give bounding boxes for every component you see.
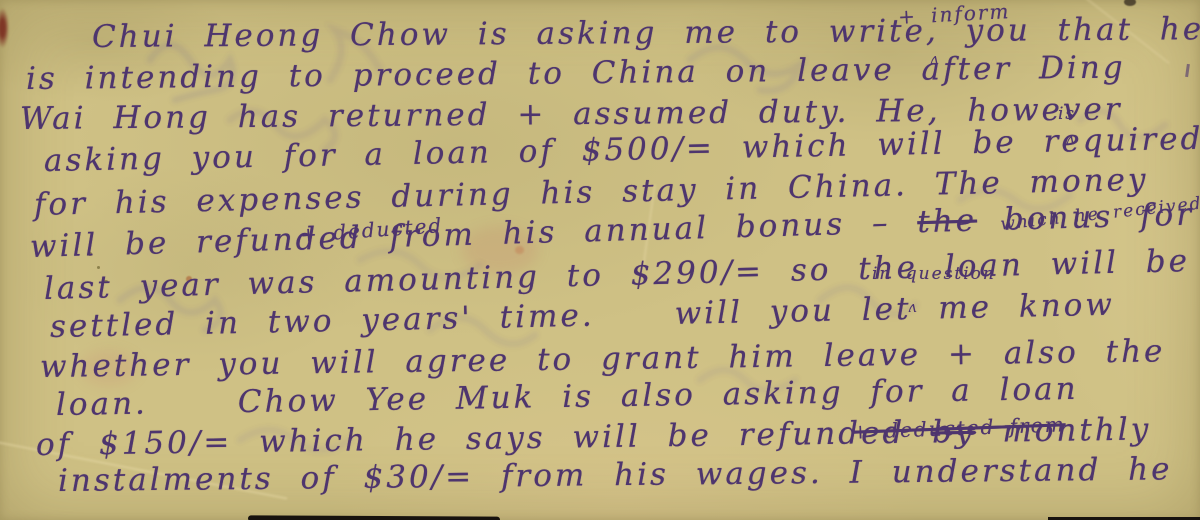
dark-speck: [1124, 0, 1136, 6]
caret-mark: ʌ: [1066, 130, 1074, 148]
letter-line-12: instalments of $30/= from his wages. I u…: [58, 454, 1173, 497]
stray-ink-mark: [1185, 64, 1190, 77]
red-ink-stain: [0, 8, 9, 48]
letter-line-1: Chui Heong Chow is asking me to write, y…: [92, 14, 1200, 53]
letter-line-2: is intending to proceed to China on leav…: [26, 52, 1126, 95]
caret-mark: ʌ: [930, 50, 938, 68]
line-text: Chui Heong Chow is asking me to write, y…: [92, 11, 1200, 55]
line-text: Chow Yee Muk is also asking for a loan: [238, 374, 1079, 418]
paper-speck: [97, 266, 100, 269]
inserted-word-inform: + inform: [898, 1, 1011, 27]
handwritten-letter-sheet: Chui Heong Chow is asking me to write, y…: [0, 0, 1200, 520]
line-text: loan.: [56, 386, 148, 423]
crossed-out-word: the: [917, 203, 978, 241]
caret-mark: ʌ: [908, 298, 916, 316]
torn-edge-shadow: [248, 515, 500, 520]
inserted-word-is: is: [1058, 106, 1076, 123]
line-text: will you let me know: [674, 290, 1115, 330]
inserted-phrase-in-question: in question: [872, 266, 996, 283]
line-text: is intending to proceed to China on leav…: [26, 49, 1126, 97]
